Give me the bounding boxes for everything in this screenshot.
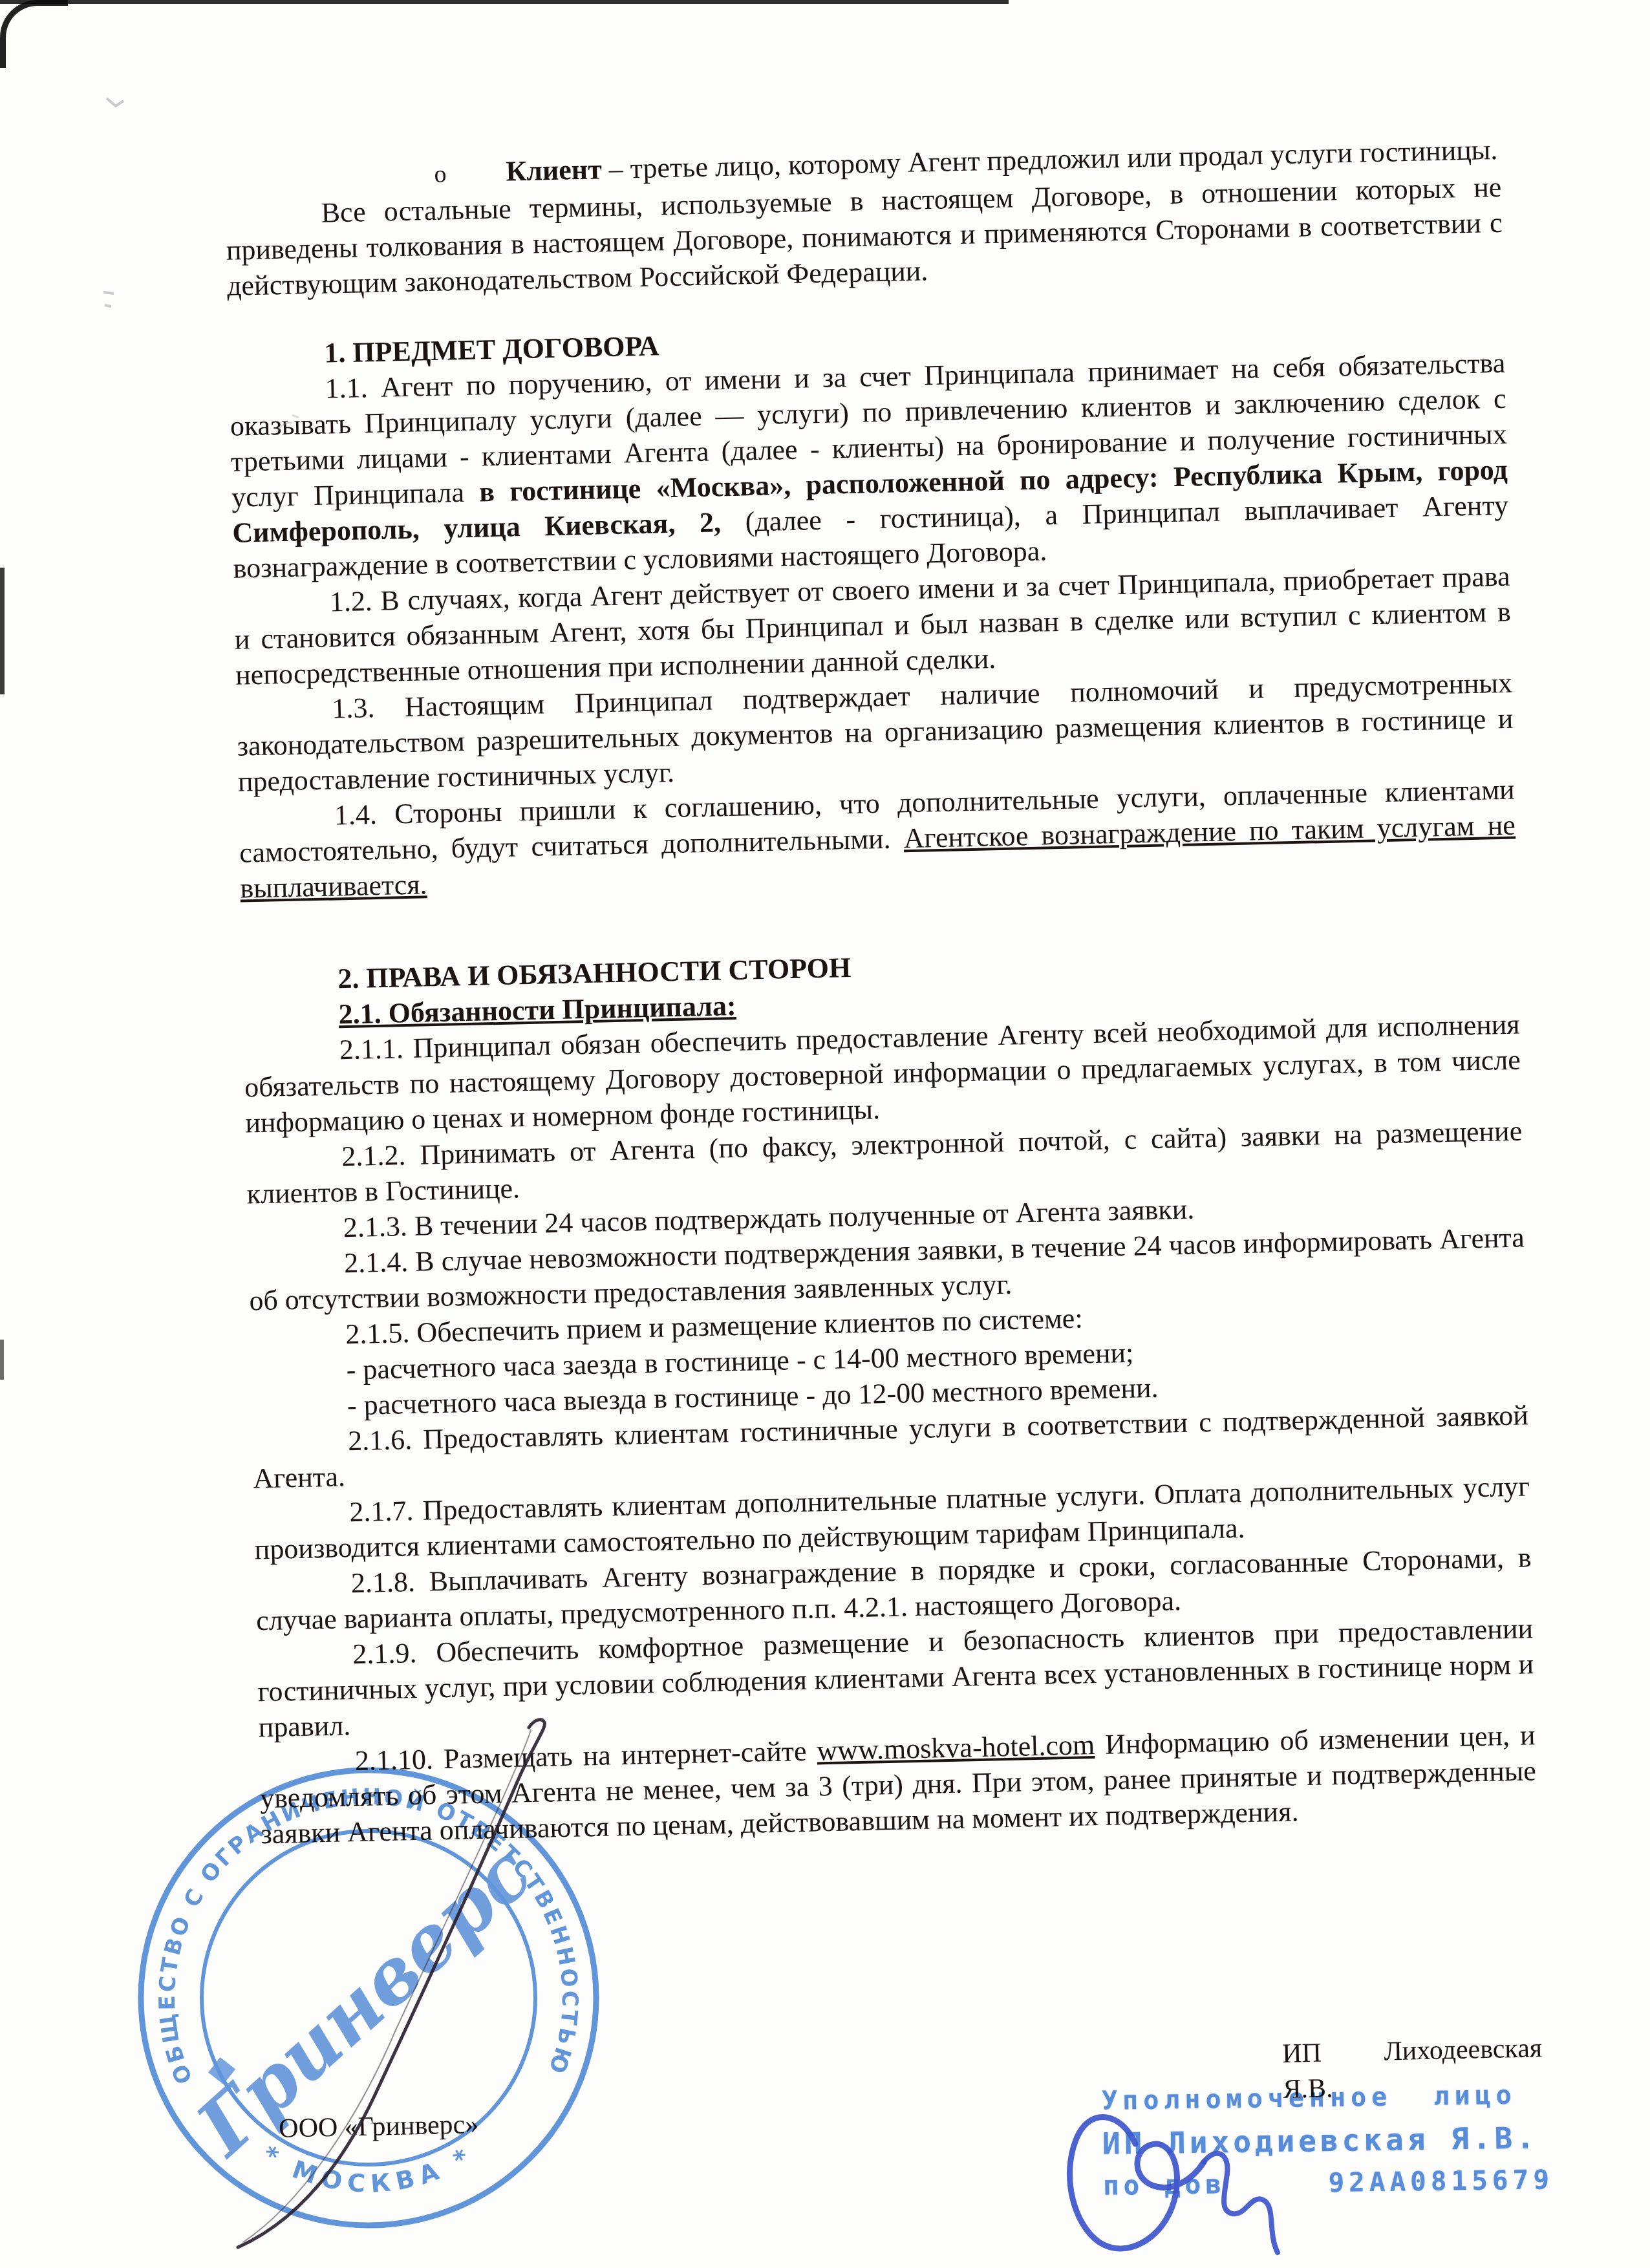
list-bullet-circle: о	[329, 156, 447, 195]
clause-1-1: 1.1. Агент по поручению, от имени и за с…	[229, 345, 1510, 586]
authorized-person-stamp: Уполномоченное лицо ИП Лиходиевская Я.В.…	[1102, 2080, 1554, 2201]
seal-ring-bottom-text: * МОСКВА *	[257, 2140, 479, 2198]
scanned-contract-page: { "doc": { "p_client": { "marker": "о", …	[0, 0, 1650, 2268]
scanner-edge-corner	[0, 0, 68, 68]
seal-center-company-name: Гринверс	[178, 1827, 549, 2173]
scan-speck-a	[107, 98, 123, 106]
svg-text:* МОСКВА *: * МОСКВА *	[257, 2140, 479, 2198]
round-company-seal: ОБЩЕСТВО С ОГРАНИЧЕННОЙ ОТВЕТСТВЕННОСТЬЮ…	[129, 1759, 608, 2237]
scan-speck-b	[103, 292, 114, 306]
stamp-line-person-name: ИП Лиходиевская Я.В.	[1102, 2120, 1554, 2161]
term-client-bold: Клиент	[506, 153, 602, 187]
scanner-edge-top	[0, 0, 1009, 4]
website-url-text: www.moskva-hotel.com	[817, 1729, 1095, 1766]
scanner-edge-left-tick	[0, 1340, 4, 1380]
scanner-edge-left-mark	[0, 568, 5, 694]
stamp-line-attorney-number: по дов 92АА0815679	[1103, 2164, 1554, 2201]
stamp-line-authorized-person: Уполномоченное лицо	[1102, 2080, 1553, 2116]
